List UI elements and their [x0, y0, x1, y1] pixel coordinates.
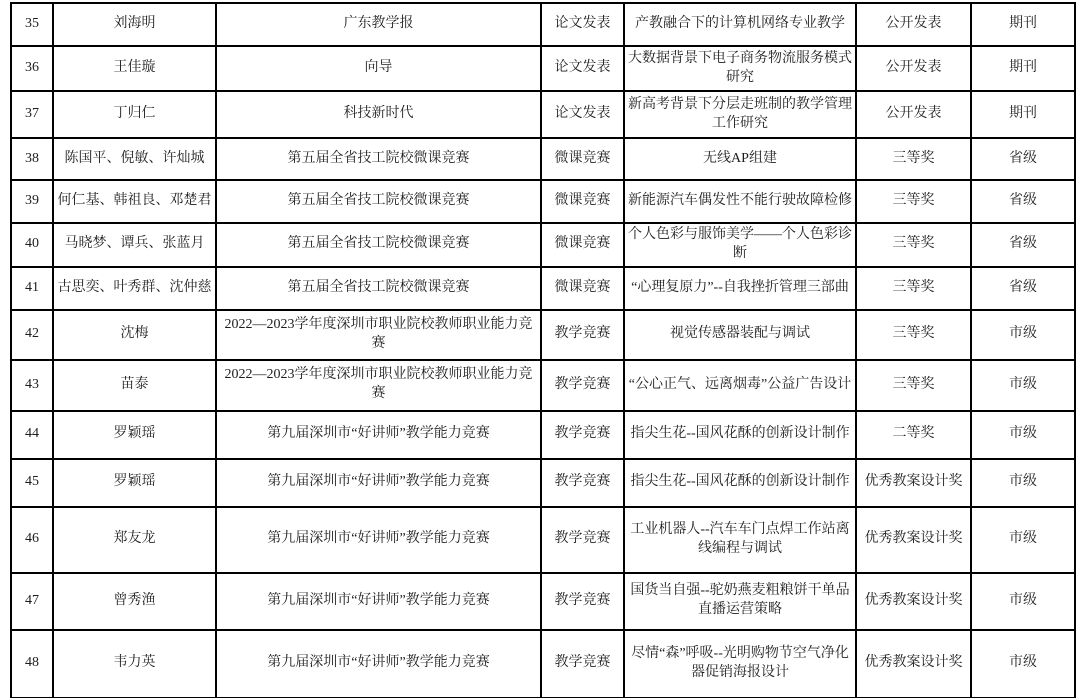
cell-row-number: 42 [11, 310, 53, 360]
cell-row-number: 43 [11, 360, 53, 411]
cell-row-number: 35 [11, 3, 53, 46]
cell-title: 尽情“森”呼吸--光明购物节空气净化器促销海报设计 [624, 630, 856, 698]
cell-level: 市级 [971, 411, 1075, 459]
cell-event: 第九届深圳市“好讲师”教学能力竞赛 [216, 459, 541, 507]
cell-names: 沈梅 [53, 310, 216, 360]
cell-level: 市级 [971, 360, 1075, 411]
cell-row-number: 37 [11, 91, 53, 138]
cell-award: 公开发表 [856, 3, 971, 46]
table-row: 47 曾秀渔 第九届深圳市“好讲师”教学能力竞赛 教学竞赛 国货当自强--驼奶燕… [11, 573, 1075, 630]
cell-type: 论文发表 [541, 46, 624, 91]
cell-row-number: 48 [11, 630, 53, 698]
table-row: 48 韦力英 第九届深圳市“好讲师”教学能力竞赛 教学竞赛 尽情“森”呼吸--光… [11, 630, 1075, 698]
cell-type: 微课竞赛 [541, 267, 624, 310]
cell-title: 无线AP组建 [624, 138, 856, 180]
cell-award: 公开发表 [856, 46, 971, 91]
cell-award: 优秀教案设计奖 [856, 573, 971, 630]
cell-level: 市级 [971, 630, 1075, 698]
cell-names: 古思奕、叶秀群、沈仲慈 [53, 267, 216, 310]
cell-row-number: 36 [11, 46, 53, 91]
cell-award: 二等奖 [856, 411, 971, 459]
cell-level: 市级 [971, 310, 1075, 360]
cell-names: 罗颖瑶 [53, 411, 216, 459]
cell-award: 优秀教案设计奖 [856, 630, 971, 698]
cell-title: 国货当自强--驼奶燕麦粗粮饼干单品直播运营策略 [624, 573, 856, 630]
cell-title: 工业机器人--汽车车门点焊工作站离线编程与调试 [624, 507, 856, 573]
cell-type: 教学竞赛 [541, 459, 624, 507]
cell-award: 三等奖 [856, 310, 971, 360]
cell-award: 三等奖 [856, 267, 971, 310]
cell-event: 第九届深圳市“好讲师”教学能力竞赛 [216, 411, 541, 459]
cell-title: 个人色彩与服饰美学——个人色彩诊断 [624, 223, 856, 267]
cell-award: 三等奖 [856, 138, 971, 180]
cell-type: 教学竞赛 [541, 360, 624, 411]
cell-event: 第九届深圳市“好讲师”教学能力竞赛 [216, 630, 541, 698]
cell-type: 教学竞赛 [541, 573, 624, 630]
cell-type: 微课竞赛 [541, 138, 624, 180]
cell-row-number: 39 [11, 180, 53, 223]
cell-type: 微课竞赛 [541, 223, 624, 267]
cell-level: 省级 [971, 180, 1075, 223]
cell-event: 第五届全省技工院校微课竞赛 [216, 180, 541, 223]
cell-event: 第九届深圳市“好讲师”教学能力竞赛 [216, 573, 541, 630]
table-row: 38 陈国平、倪敏、许灿城 第五届全省技工院校微课竞赛 微课竞赛 无线AP组建 … [11, 138, 1075, 180]
table-row: 41 古思奕、叶秀群、沈仲慈 第五届全省技工院校微课竞赛 微课竞赛 “心理复原力… [11, 267, 1075, 310]
cell-title: “心理复原力”--自我挫折管理三部曲 [624, 267, 856, 310]
cell-level: 省级 [971, 223, 1075, 267]
table-row: 40 马晓梦、谭兵、张蓝月 第五届全省技工院校微课竞赛 微课竞赛 个人色彩与服饰… [11, 223, 1075, 267]
cell-level: 市级 [971, 507, 1075, 573]
cell-names: 罗颖瑶 [53, 459, 216, 507]
cell-level: 市级 [971, 459, 1075, 507]
table-row: 37 丁归仁 科技新时代 论文发表 新高考背景下分层走班制的教学管理工作研究 公… [11, 91, 1075, 138]
cell-names: 陈国平、倪敏、许灿城 [53, 138, 216, 180]
cell-names: 丁归仁 [53, 91, 216, 138]
cell-award: 三等奖 [856, 180, 971, 223]
cell-award: 优秀教案设计奖 [856, 459, 971, 507]
cell-title: 新能源汽车偶发性不能行驶故障检修 [624, 180, 856, 223]
cell-type: 论文发表 [541, 3, 624, 46]
cell-award: 优秀教案设计奖 [856, 507, 971, 573]
table-row: 46 郑友龙 第九届深圳市“好讲师”教学能力竞赛 教学竞赛 工业机器人--汽车车… [11, 507, 1075, 573]
cell-names: 郑友龙 [53, 507, 216, 573]
cell-row-number: 44 [11, 411, 53, 459]
cell-award: 三等奖 [856, 223, 971, 267]
cell-names: 刘海明 [53, 3, 216, 46]
cell-title: 产教融合下的计算机网络专业教学 [624, 3, 856, 46]
cell-event: 2022—2023学年度深圳市职业院校教师职业能力竞赛 [216, 360, 541, 411]
cell-names: 曾秀渔 [53, 573, 216, 630]
cell-row-number: 41 [11, 267, 53, 310]
table-row: 39 何仁基、韩祖良、邓楚君 第五届全省技工院校微课竞赛 微课竞赛 新能源汽车偶… [11, 180, 1075, 223]
table-row: 36 王佳璇 向导 论文发表 大数据背景下电子商务物流服务模式研究 公开发表 期… [11, 46, 1075, 91]
cell-type: 微课竞赛 [541, 180, 624, 223]
cell-type: 教学竞赛 [541, 507, 624, 573]
cell-level: 期刊 [971, 91, 1075, 138]
cell-award: 公开发表 [856, 91, 971, 138]
cell-level: 市级 [971, 573, 1075, 630]
table-row: 42 沈梅 2022—2023学年度深圳市职业院校教师职业能力竞赛 教学竞赛 视… [11, 310, 1075, 360]
table-row: 45 罗颖瑶 第九届深圳市“好讲师”教学能力竞赛 教学竞赛 指尖生花--国风花酥… [11, 459, 1075, 507]
cell-row-number: 47 [11, 573, 53, 630]
table-row: 35 刘海明 广东教学报 论文发表 产教融合下的计算机网络专业教学 公开发表 期… [11, 3, 1075, 46]
cell-event: 科技新时代 [216, 91, 541, 138]
cell-event: 第五届全省技工院校微课竞赛 [216, 223, 541, 267]
cell-row-number: 38 [11, 138, 53, 180]
cell-level: 省级 [971, 138, 1075, 180]
cell-names: 马晓梦、谭兵、张蓝月 [53, 223, 216, 267]
cell-event: 向导 [216, 46, 541, 91]
cell-event: 第五届全省技工院校微课竞赛 [216, 267, 541, 310]
cell-event: 广东教学报 [216, 3, 541, 46]
cell-names: 苗泰 [53, 360, 216, 411]
cell-title: 大数据背景下电子商务物流服务模式研究 [624, 46, 856, 91]
cell-award: 三等奖 [856, 360, 971, 411]
cell-title: 视觉传感器装配与调试 [624, 310, 856, 360]
cell-row-number: 40 [11, 223, 53, 267]
cell-row-number: 46 [11, 507, 53, 573]
cell-level: 省级 [971, 267, 1075, 310]
table-row: 44 罗颖瑶 第九届深圳市“好讲师”教学能力竞赛 教学竞赛 指尖生花--国风花酥… [11, 411, 1075, 459]
cell-names: 王佳璇 [53, 46, 216, 91]
cell-row-number: 45 [11, 459, 53, 507]
cell-names: 何仁基、韩祖良、邓楚君 [53, 180, 216, 223]
cell-event: 第五届全省技工院校微课竞赛 [216, 138, 541, 180]
cell-type: 教学竞赛 [541, 411, 624, 459]
cell-title: 指尖生花--国风花酥的创新设计制作 [624, 411, 856, 459]
cell-level: 期刊 [971, 46, 1075, 91]
cell-type: 论文发表 [541, 91, 624, 138]
cell-level: 期刊 [971, 3, 1075, 46]
cell-type: 教学竞赛 [541, 630, 624, 698]
cell-title: 指尖生花--国风花酥的创新设计制作 [624, 459, 856, 507]
cell-event: 第九届深圳市“好讲师”教学能力竞赛 [216, 507, 541, 573]
awards-table: 35 刘海明 广东教学报 论文发表 产教融合下的计算机网络专业教学 公开发表 期… [10, 2, 1076, 698]
cell-type: 教学竞赛 [541, 310, 624, 360]
cell-title: 新高考背景下分层走班制的教学管理工作研究 [624, 91, 856, 138]
cell-names: 韦力英 [53, 630, 216, 698]
cell-event: 2022—2023学年度深圳市职业院校教师职业能力竞赛 [216, 310, 541, 360]
table-row: 43 苗泰 2022—2023学年度深圳市职业院校教师职业能力竞赛 教学竞赛 “… [11, 360, 1075, 411]
document-page: 35 刘海明 广东教学报 论文发表 产教融合下的计算机网络专业教学 公开发表 期… [0, 0, 1080, 698]
cell-title: “公心正气、远离烟毒”公益广告设计 [624, 360, 856, 411]
